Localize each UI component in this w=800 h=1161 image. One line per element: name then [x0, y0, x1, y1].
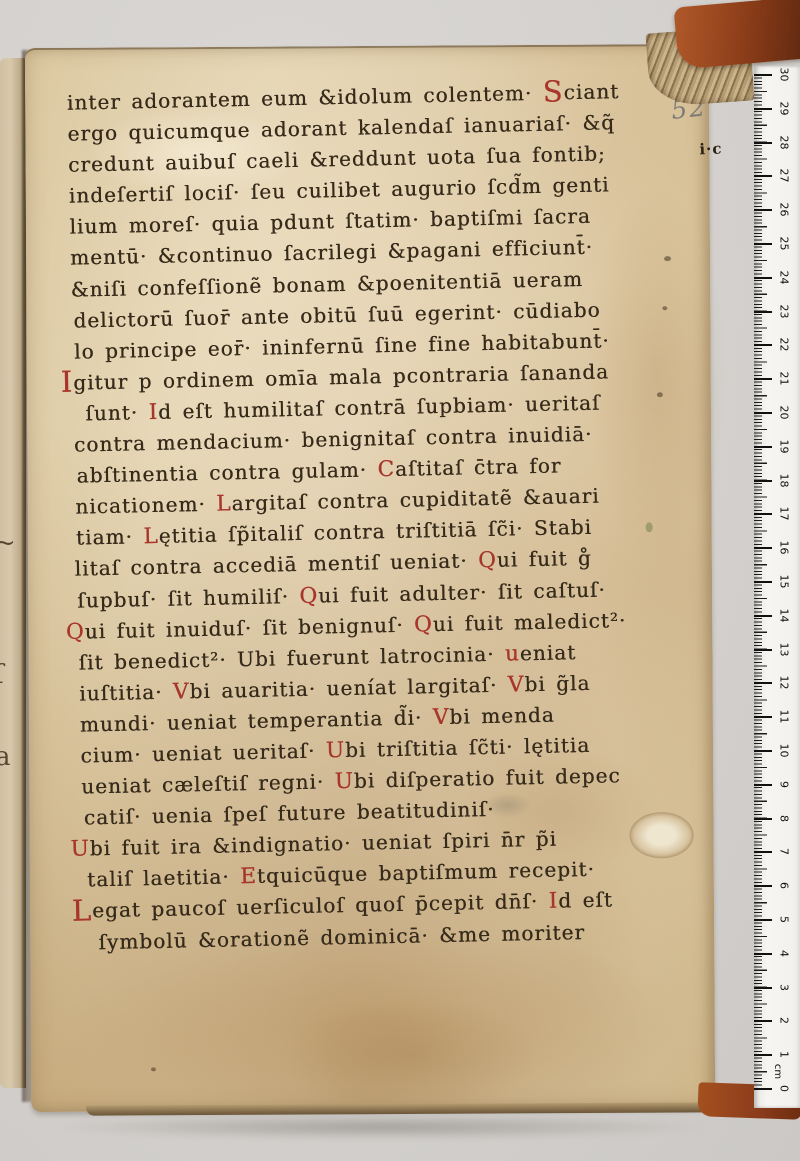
manuscript-text-segment: d eſt	[558, 888, 613, 913]
ruler-cm-tick	[754, 1088, 772, 1090]
ruler-cm-tick	[754, 412, 772, 414]
manuscript-text-segment: bi auaritia· ueníat largitaſ·	[189, 672, 508, 703]
rubricated-initial: U	[334, 769, 354, 794]
ruler-cm-tick	[754, 919, 772, 921]
ruler-number: 8	[778, 810, 791, 826]
parchment-page: inter adorantem eum &idolum colentem· Sc…	[25, 44, 715, 1112]
ruler-cm-tick	[754, 987, 772, 989]
ink-speck	[664, 256, 671, 261]
book-shadow	[50, 1114, 710, 1140]
ink-speck	[662, 306, 667, 310]
manuscript-text-segment: d eſt humilitaſ contrā ſupbiam· ueritaſ	[158, 391, 601, 424]
manuscript-text-segment: ciant	[563, 79, 619, 104]
ruler-number: 30	[778, 67, 791, 83]
ruler-cm-tick	[754, 1054, 772, 1056]
ruler-cm-tick	[754, 851, 772, 853]
ruler-number: 2	[778, 1013, 791, 1029]
ruler-number: 0	[778, 1081, 791, 1097]
ruler-cm-tick	[754, 784, 772, 786]
ruler-number: 17	[778, 506, 791, 522]
facing-page-letter-fragment: a	[0, 742, 11, 772]
manuscript-text-segment: tquicūque baptiſmum recepit·	[257, 857, 595, 888]
ruler-cm-tick	[754, 750, 772, 752]
ruler-cm-tick	[754, 953, 772, 955]
manuscript-text-segment: ſymbolū &orationẽ dominicā· &me moriter	[98, 920, 585, 954]
manuscript-text-segment: bi diſperatio fuit depec	[354, 763, 621, 793]
ruler-number: 16	[778, 540, 791, 556]
manuscript-text-segment: ſupbuſ· ſit humiliſ·	[77, 583, 300, 612]
manuscript-text-segment: bi triſtitia ſc̃ti· lętitia	[345, 733, 591, 762]
ruler-number: 7	[778, 844, 791, 860]
ruler-cm-tick	[754, 344, 772, 346]
manuscript-text-segment: argitaſ contra cupiditatẽ &auari	[231, 484, 600, 516]
ruler-cm-tick	[754, 716, 772, 718]
rubricated-initial: I	[548, 889, 558, 914]
manuscript-text-segment: abſtinentia contra gulam·	[76, 457, 377, 487]
page-stack-fore-edge	[702, 56, 758, 1098]
ruler-cm-tick	[754, 480, 772, 482]
ruler-number: 10	[778, 743, 791, 759]
ruler-cm-tick	[754, 378, 772, 380]
ruler-cm-tick	[754, 513, 772, 515]
ruler-number: 18	[778, 472, 791, 488]
ruler-cm-tick	[754, 108, 772, 110]
manuscript-text-segment: ſit benedict²· Ubi fuerunt latrocinia·	[78, 641, 505, 674]
ruler-number: 28	[778, 134, 791, 150]
ruler-cm-tick	[754, 277, 772, 279]
ruler-number: 12	[778, 675, 791, 691]
manuscript-text-segment: ui fuit inuiduſ· ſit benignuſ·	[84, 612, 414, 643]
facing-page-letter-fragment: ſ	[0, 660, 4, 690]
manuscript-text-segment: ętitia ſp̃italiſ contra triſtitiā ſc̃i· …	[158, 515, 592, 548]
manuscript-text-segment: ſunt·	[85, 400, 149, 425]
rubricated-initial: Q	[478, 548, 497, 573]
manuscript-text-segment: mundi· ueniat temperantia d̃i·	[80, 705, 433, 736]
ink-speck	[151, 1067, 156, 1071]
rubricated-initial: C	[377, 457, 395, 482]
ruler-number: 20	[778, 405, 791, 421]
rubricated-initial: L	[143, 524, 159, 549]
ruler-cm-tick	[754, 311, 772, 313]
ruler-number: 29	[778, 100, 791, 116]
ruler-cm-tick	[754, 142, 772, 144]
parchment-stain	[281, 995, 542, 1117]
manuscript-text-segment: ui fuit adulter· ſit caſtuſ·	[318, 577, 606, 607]
ruler-cm-tick	[754, 243, 772, 245]
ruler-number: 5	[778, 912, 791, 928]
ruler-number: 25	[778, 236, 791, 252]
ruler-number: 15	[778, 574, 791, 590]
ruler-number: 22	[778, 337, 791, 353]
manuscript-photo: ~ſa inter adorantem eum &idolum colentem…	[0, 0, 800, 1161]
manuscript-text-segment: nicationem·	[75, 492, 216, 519]
ruler-number: 4	[778, 945, 791, 961]
ruler-number: 23	[778, 303, 791, 319]
ruler-cm-tick	[754, 547, 772, 549]
manuscript-text-segment: ui fuit g̊	[497, 546, 592, 572]
ruler-cm-tick	[754, 682, 772, 684]
manuscript-text-segment: eniat	[520, 640, 577, 665]
ruler-cm-tick	[754, 74, 772, 76]
manuscript-text-segment: litaſ contra accediā mentiſ ueniat·	[74, 549, 478, 581]
ruler-number: 24	[778, 269, 791, 285]
ruler-cm-tick	[754, 175, 772, 177]
ruler-number: 1	[778, 1047, 791, 1063]
manuscript-text-segment: bi g̃la	[524, 671, 590, 696]
manuscript-text-segment: bi menda	[449, 703, 555, 729]
manuscript-text-segment: ueniat cæleſtiſ regni·	[81, 769, 335, 798]
ruler-number: 6	[778, 878, 791, 894]
rubricated-initial: Q	[299, 583, 318, 608]
ruler-cm-tick	[754, 615, 772, 617]
ruler-number: 21	[778, 371, 791, 387]
rubricated-initial: E	[240, 864, 257, 889]
ruler-number: 27	[778, 168, 791, 184]
rubricated-initial: u	[505, 641, 520, 666]
ruler-unit-label: cm	[772, 1064, 783, 1079]
rubricated-initial: Q	[66, 619, 85, 644]
rubricated-initial: U	[326, 738, 346, 763]
manuscript-text: inter adorantem eum &idolum colentem· Sc…	[55, 75, 673, 958]
manuscript-text-segment: iuſtitia·	[79, 679, 173, 705]
rubricated-initial: V	[432, 705, 449, 730]
ruler-cm-tick	[754, 818, 772, 820]
ruler-cm-tick	[754, 581, 772, 583]
measurement-ruler: 3029282726252423222120191817161514131211…	[754, 66, 800, 1108]
leather-binding-top	[674, 0, 800, 70]
rubricated-initial: U	[70, 837, 90, 862]
ruler-number: 3	[778, 979, 791, 995]
rubricated-initial: V	[173, 679, 190, 704]
ruler-number: 9	[778, 776, 791, 792]
ruler-cm-tick	[754, 885, 772, 887]
ruler-number: 26	[778, 202, 791, 218]
ruler-number: 14	[778, 607, 791, 623]
ruler-number: 13	[778, 641, 791, 657]
ruler-cm-tick	[754, 649, 772, 651]
manuscript-text-segment: cium· ueniat ueritaſ·	[80, 738, 326, 767]
manuscript-text-segment: aſtitaſ c̄tra for	[395, 454, 562, 481]
rubricated-initial: V	[508, 672, 525, 697]
ruler-cm-tick	[754, 1020, 772, 1022]
ruler-cm-tick	[754, 446, 772, 448]
manuscript-text-segment: ui fuit maledict²·	[433, 608, 627, 636]
manuscript-text-segment: egat paucoſ uerſiculoſ quoſ p̄cepit dn̄ſ…	[92, 889, 549, 923]
ruler-cm-tick	[754, 209, 772, 211]
manuscript-text-segment: tiam·	[76, 525, 144, 550]
ruler-number: 11	[778, 709, 791, 725]
rubricated-initial: Q	[414, 612, 433, 637]
facing-page-letter-fragment: ~	[0, 528, 16, 558]
ruler-number: 19	[778, 438, 791, 454]
rubricated-initial: I	[148, 400, 158, 425]
manuscript-text-segment: catiſ· uenia ſpeſ future beatitudiniſ·	[84, 797, 495, 830]
rubricated-initial: L	[216, 492, 232, 517]
manuscript-text-segment: taliſ laetitia·	[87, 865, 240, 892]
